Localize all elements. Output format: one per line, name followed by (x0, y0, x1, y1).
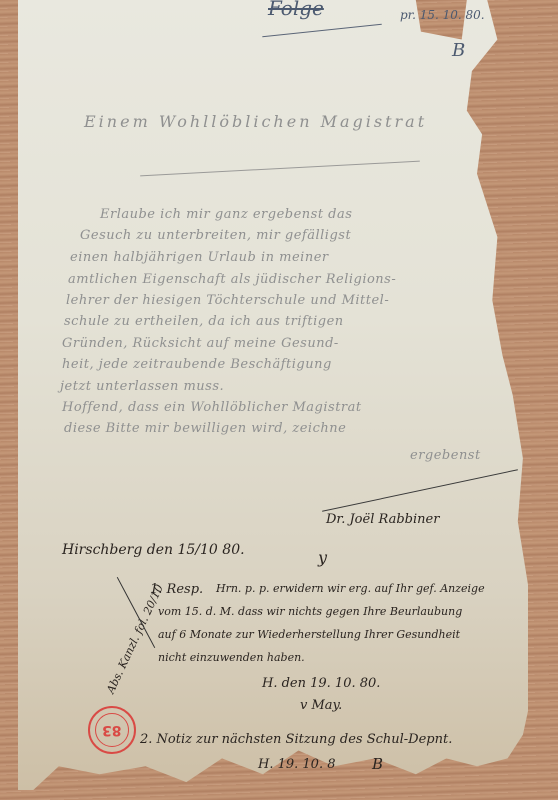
resp-line: auf 6 Monate zur Wiederherstellung Ihrer… (158, 628, 460, 641)
notiz-line: 2. Notiz zur nächsten Sitzung des Schul-… (140, 732, 452, 747)
place-date: Hirschberg den 15/10 80. (62, 542, 245, 558)
signature: Dr. Joël Rabbiner (326, 512, 439, 527)
struck-word: Folge (268, 0, 324, 20)
body-line: Gründen, Rücksicht auf meine Gesund- (62, 336, 339, 351)
resp-line: vom 15. d. M. dass wir nichts gegen Ihre… (158, 605, 462, 618)
body-line: heit, jede zeitraubende Beschäftigung (62, 357, 332, 372)
received-note: pr. 15. 10. 80. (400, 8, 485, 22)
body-line: lehrer der hiesigen Töchterschule und Mi… (66, 293, 389, 308)
resp-line: nicht einzuwenden haben. (158, 651, 305, 664)
resp-sign: v May. (300, 698, 342, 713)
resp-line: Hrn. p. p. erwidern wir erg. auf Ihr gef… (216, 582, 485, 595)
folio-mark: y (318, 548, 327, 567)
body-line: diese Bitte mir bewilligen wird, zeichne (64, 421, 346, 436)
notiz-initial: B (372, 755, 383, 773)
archive-stamp: 83 (88, 706, 136, 754)
body-line: amtlichen Eigenschaft als jüdischer Reli… (68, 272, 396, 287)
resp-date: H. den 19. 10. 80. (262, 676, 380, 691)
stamp-number: 83 (102, 722, 121, 738)
body-line: Hoffend, dass ein Wohllöblicher Magistra… (62, 400, 362, 415)
body-line: Erlaube ich mir ganz ergebenst das (100, 207, 352, 222)
header-initial: B (452, 40, 465, 61)
body-line: einen halbjährigen Urlaub in meiner (70, 250, 329, 265)
body-line: schule zu ertheilen, da ich aus triftige… (64, 314, 344, 329)
body-line: jetzt unterlassen muss. (60, 379, 224, 394)
closing: ergebenst (410, 448, 481, 463)
body-line: Gesuch zu unterbreiten, mir gefälligst (80, 228, 351, 243)
notiz-date: H. 19. 10. 8 (258, 757, 336, 772)
salutation: Einem Wohllöblichen Magistrat (84, 112, 427, 131)
